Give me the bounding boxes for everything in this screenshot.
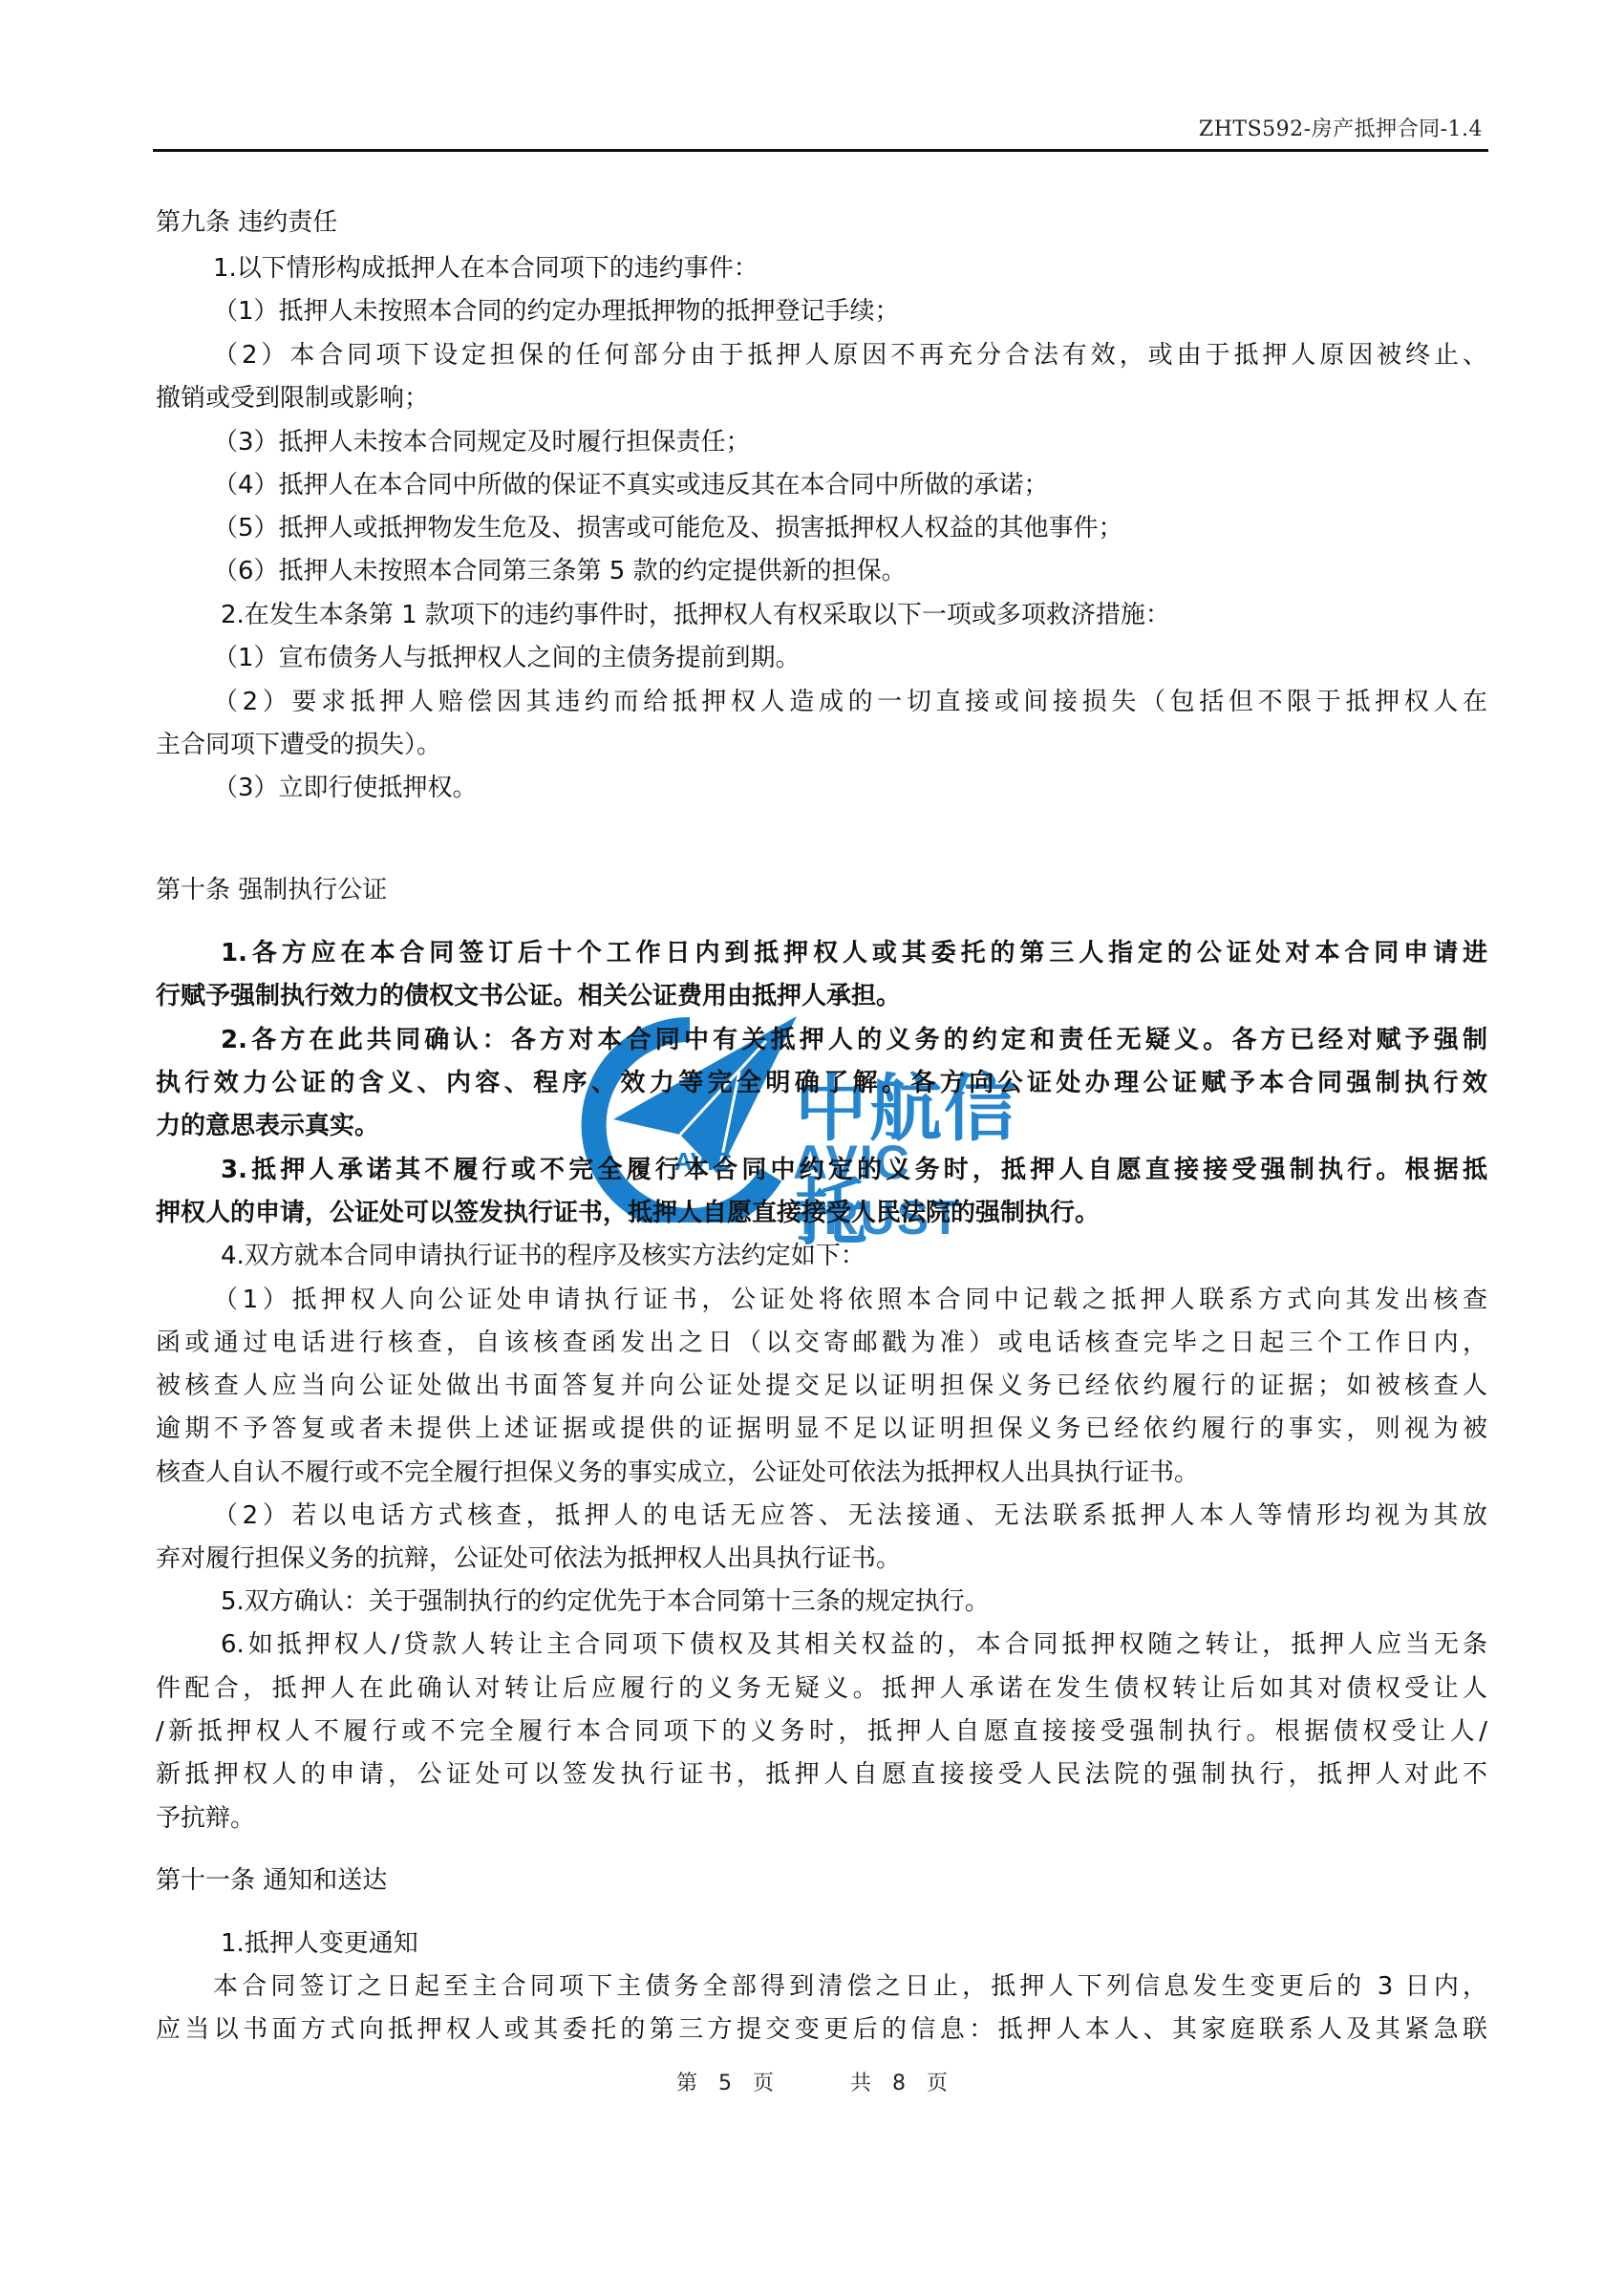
article10-line: 予抗辩。 <box>156 1802 1487 1835</box>
article9-line: （6）抵押人未按照本合同第三条第 5 款的约定提供新的担保。 <box>156 555 1487 587</box>
article10-line: （2）若以电话方式核查，抵押人的电话无应答、无法接通、无法联系抵押人本人等情形均… <box>156 1499 1487 1532</box>
total-pages: 8 <box>892 2072 906 2095</box>
page-number: 5 <box>718 2072 732 2095</box>
article10-line: 3.抵押人承诺其不履行或不完全履行本合同中约定的义务时，抵押人自愿直接接受强制执… <box>156 1154 1487 1186</box>
article9-line: 2.在发生本条第 1 款项下的违约事件时，抵押权人有权采取以下一项或多项救济措施… <box>156 599 1487 631</box>
article10-line: 2.各方在此共同确认：各方对本合同中有关抵押人的义务的约定和责任无疑义。各方已经… <box>156 1024 1487 1056</box>
article10-line: 新抵押权人的申请，公证处可以签发执行证书，抵押人自愿直接接受人民法院的强制执行，… <box>156 1758 1487 1791</box>
article10-line: 5.双方确认：关于强制执行的约定优先于本合同第十三条的规定执行。 <box>156 1585 1487 1618</box>
article10-line: 执行效力公证的含义、内容、程序、效力等完全明确了解。各方向公证处办理公证赋予本合… <box>156 1067 1487 1099</box>
article10-title: 第十条 强制执行公证 <box>156 874 1487 906</box>
article9-line: （1）宣布债务人与抵押权人之间的主债务提前到期。 <box>156 642 1487 674</box>
article10-line: 1.各方应在本合同签订后十个工作日内到抵押权人或其委托的第三人指定的公证处对本合… <box>156 937 1487 969</box>
article10-line: 核查人自认不履行或不完全履行担保义务的事实成立，公证处可依法为抵押权人出具执行证… <box>156 1456 1487 1489</box>
article10-line: /新抵押权人不履行或不完全履行本合同项下的义务时，抵押人自愿直接接受强制执行。根… <box>156 1715 1487 1748</box>
article10-line: 4.双方就本合同申请执行证书的程序及核实方法约定如下： <box>156 1240 1487 1272</box>
document-code-header: ZHTS592-房产抵押合同-1.4 <box>1199 113 1483 142</box>
article9-line: （5）抵押人或抵押物发生危及、损害或可能危及、损害抵押权人权益的其他事件； <box>156 512 1487 544</box>
article10-line: 弃对履行担保义务的抗辩，公证处可依法为抵押权人出具执行证书。 <box>156 1542 1487 1575</box>
total-label-prefix: 共 <box>850 2067 871 2096</box>
article9-title: 第九条 违约责任 <box>156 206 1487 239</box>
article10-line: 逾期不予答复或者未提供上述证据或提供的证据明显不足以证明担保义务已经依约履行的事… <box>156 1413 1487 1445</box>
article10-line: 件配合，抵押人在此确认对转让后应履行的义务无疑义。抵押人承诺在发生债权转让后如其… <box>156 1672 1487 1705</box>
page-label-prefix: 第 <box>676 2067 697 2096</box>
article11-line: 1.抵押人变更通知 <box>156 1927 1487 1960</box>
header-divider <box>153 149 1488 152</box>
article10-line: 被核查人应当向公证处做出书面答复并向公证处提交足以证明担保义务已经依约履行的证据… <box>156 1370 1487 1402</box>
article9-line: （2）本合同项下设定担保的任何部分由于抵押人原因不再充分合法有效，或由于抵押人原… <box>156 339 1487 372</box>
article9-line: （1）抵押人未按照本合同的约定办理抵押物的抵押登记手续； <box>156 295 1487 328</box>
article9-line: （3）抵押人未按本合同规定及时履行担保责任； <box>156 426 1487 458</box>
article9-line: 主合同项下遭受的损失）。 <box>156 729 1487 761</box>
article9-line: （4）抵押人在本合同中所做的保证不真实或违反其在本合同中所做的承诺； <box>156 469 1487 501</box>
page-footer: 第 5 页 共 8 页 <box>0 2067 1624 2096</box>
article9-line: （3）立即行使抵押权。 <box>156 772 1487 804</box>
article10-line: 行赋予强制执行效力的债权文书公证。相关公证费用由抵押人承担。 <box>156 980 1487 1012</box>
article9-line: （2）要求抵押人赔偿因其违约而给抵押权人造成的一切直接或间接损失（包括但不限于抵… <box>156 686 1487 718</box>
article11-title: 第十一条 通知和送达 <box>156 1864 1487 1897</box>
article10-line: 力的意思表示真实。 <box>156 1110 1487 1142</box>
total-label-suffix: 页 <box>927 2067 948 2096</box>
article10-line: 函或通过电话进行核查，自该核查函发出之日（以交寄邮戳为准）或电话核查完毕之日起三… <box>156 1327 1487 1359</box>
article11-line: 本合同签订之日起至主合同项下主债务全部得到清偿之日止，抵押人下列信息发生变更后的… <box>156 1970 1487 2003</box>
article9-line: 1.以下情形构成抵押人在本合同项下的违约事件： <box>156 252 1487 285</box>
article11-line: 应当以书面方式向抵押权人或其委托的第三方提交变更后的信息：抵押人本人、其家庭联系… <box>156 2013 1487 2046</box>
article10-line: 押权人的申请，公证处可以签发执行证书，抵押人自愿直接接受人民法院的强制执行。 <box>156 1197 1487 1229</box>
article10-line: 6.如抵押权人/贷款人转让主合同项下债权及其相关权益的，本合同抵押权随之转让，抵… <box>156 1628 1487 1661</box>
article9-line: 撤销或受到限制或影响； <box>156 382 1487 415</box>
article10-line: （1）抵押权人向公证处申请执行证书，公证处将依照本合同中记载之抵押人联系方式向其… <box>156 1284 1487 1316</box>
page-label-suffix: 页 <box>753 2067 774 2096</box>
